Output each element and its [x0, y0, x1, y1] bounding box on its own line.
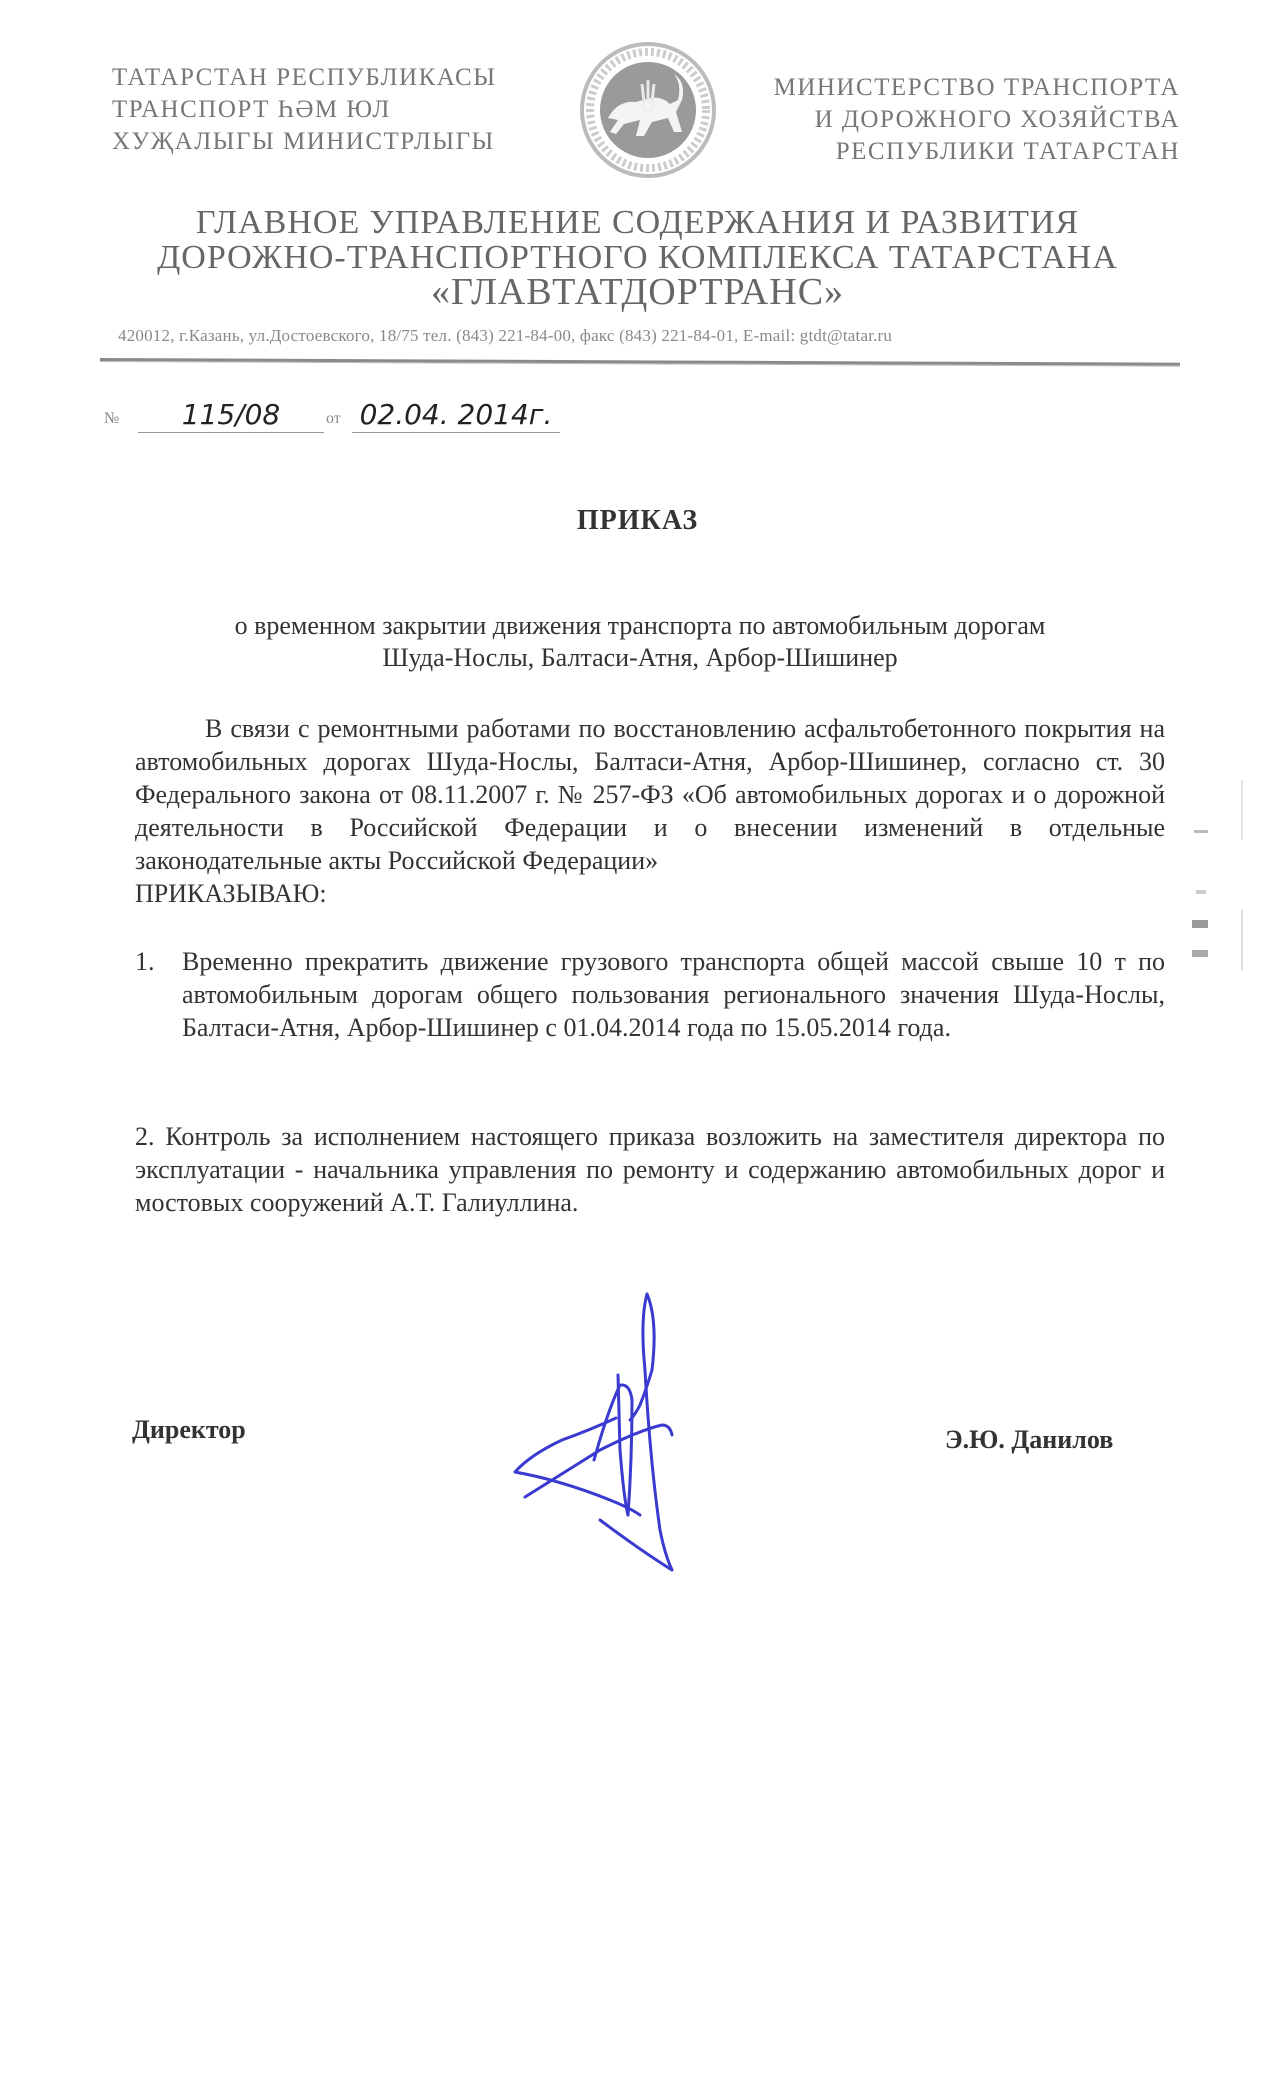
contact-address: 420012, г.Казань, ул.Достоевского, 18/75… [118, 326, 1178, 346]
document-date: 02.04. 2014г. [352, 398, 560, 433]
handwritten-signature [500, 1280, 740, 1600]
tatarstan-coat-of-arms-icon [578, 40, 718, 180]
document-title: ПРИКАЗ [0, 505, 1275, 537]
organization-line: ГЛАВНОЕ УПРАВЛЕНИЕ СОДЕРЖАНИЯ И РАЗВИТИЯ [150, 205, 1125, 240]
preamble-text: В связи с ремонтными работами по восстан… [135, 712, 1165, 877]
letterhead-tatar-line: ТАТАРСТАН РЕСПУБЛИКАСЫ [112, 62, 512, 94]
subtitle-line: Шуда-Нослы, Балтаси-Атня, Арбор-Шишинер [150, 642, 1130, 674]
letterhead-russian-line: РЕСПУБЛИКИ ТАТАРСТАН [770, 136, 1180, 168]
item-text: Временно прекратить движение грузового т… [182, 945, 1165, 1044]
command-word: ПРИКАЗЫВАЮ: [135, 877, 1165, 910]
letterhead-tatar: ТАТАРСТАН РЕСПУБЛИКАСЫ ТРАНСПОРТ ҺӘМ ЮЛ … [112, 62, 512, 158]
organization-line: ДОРОЖНО-ТРАНСПОРТНОГО КОМПЛЕКСА ТАТАРСТА… [150, 240, 1125, 275]
letterhead-tatar-line: ХУҖАЛЫГЫ МИНИСТРЛЫГЫ [112, 126, 512, 158]
item-number: 1. [135, 945, 155, 978]
scan-edge-marks [1190, 780, 1250, 980]
letterhead-divider [100, 358, 1180, 367]
document-number: 115/08 [138, 398, 324, 433]
signer-name: Э.Ю. Данилов [945, 1425, 1113, 1455]
order-item-2: 2. Контроль за исполнением настоящего пр… [135, 1120, 1165, 1219]
subtitle-line: о временном закрытии движения транспорта… [150, 610, 1130, 642]
letterhead-russian-line: МИНИСТЕРСТВО ТРАНСПОРТА [770, 72, 1180, 104]
organization-name: ГЛАВНОЕ УПРАВЛЕНИЕ СОДЕРЖАНИЯ И РАЗВИТИЯ… [150, 205, 1125, 310]
document-subtitle: о временном закрытии движения транспорта… [150, 610, 1130, 674]
preamble: В связи с ремонтными работами по восстан… [135, 712, 1165, 910]
order-item-1: 1. Временно прекратить движение грузовог… [135, 945, 1165, 1044]
item-number: 2. [135, 1122, 155, 1151]
signer-position: Директор [132, 1415, 246, 1445]
date-label: от [326, 410, 341, 428]
letterhead-russian: МИНИСТЕРСТВО ТРАНСПОРТА И ДОРОЖНОГО ХОЗЯ… [770, 72, 1180, 168]
organization-brand: «ГЛАВТАТДОРТРАНС» [150, 275, 1125, 310]
letterhead-tatar-line: ТРАНСПОРТ ҺӘМ ЮЛ [112, 94, 512, 126]
letterhead-russian-line: И ДОРОЖНОГО ХОЗЯЙСТВА [770, 104, 1180, 136]
number-label: № [104, 410, 119, 428]
item-text: Контроль за исполнением настоящего прика… [135, 1122, 1165, 1217]
